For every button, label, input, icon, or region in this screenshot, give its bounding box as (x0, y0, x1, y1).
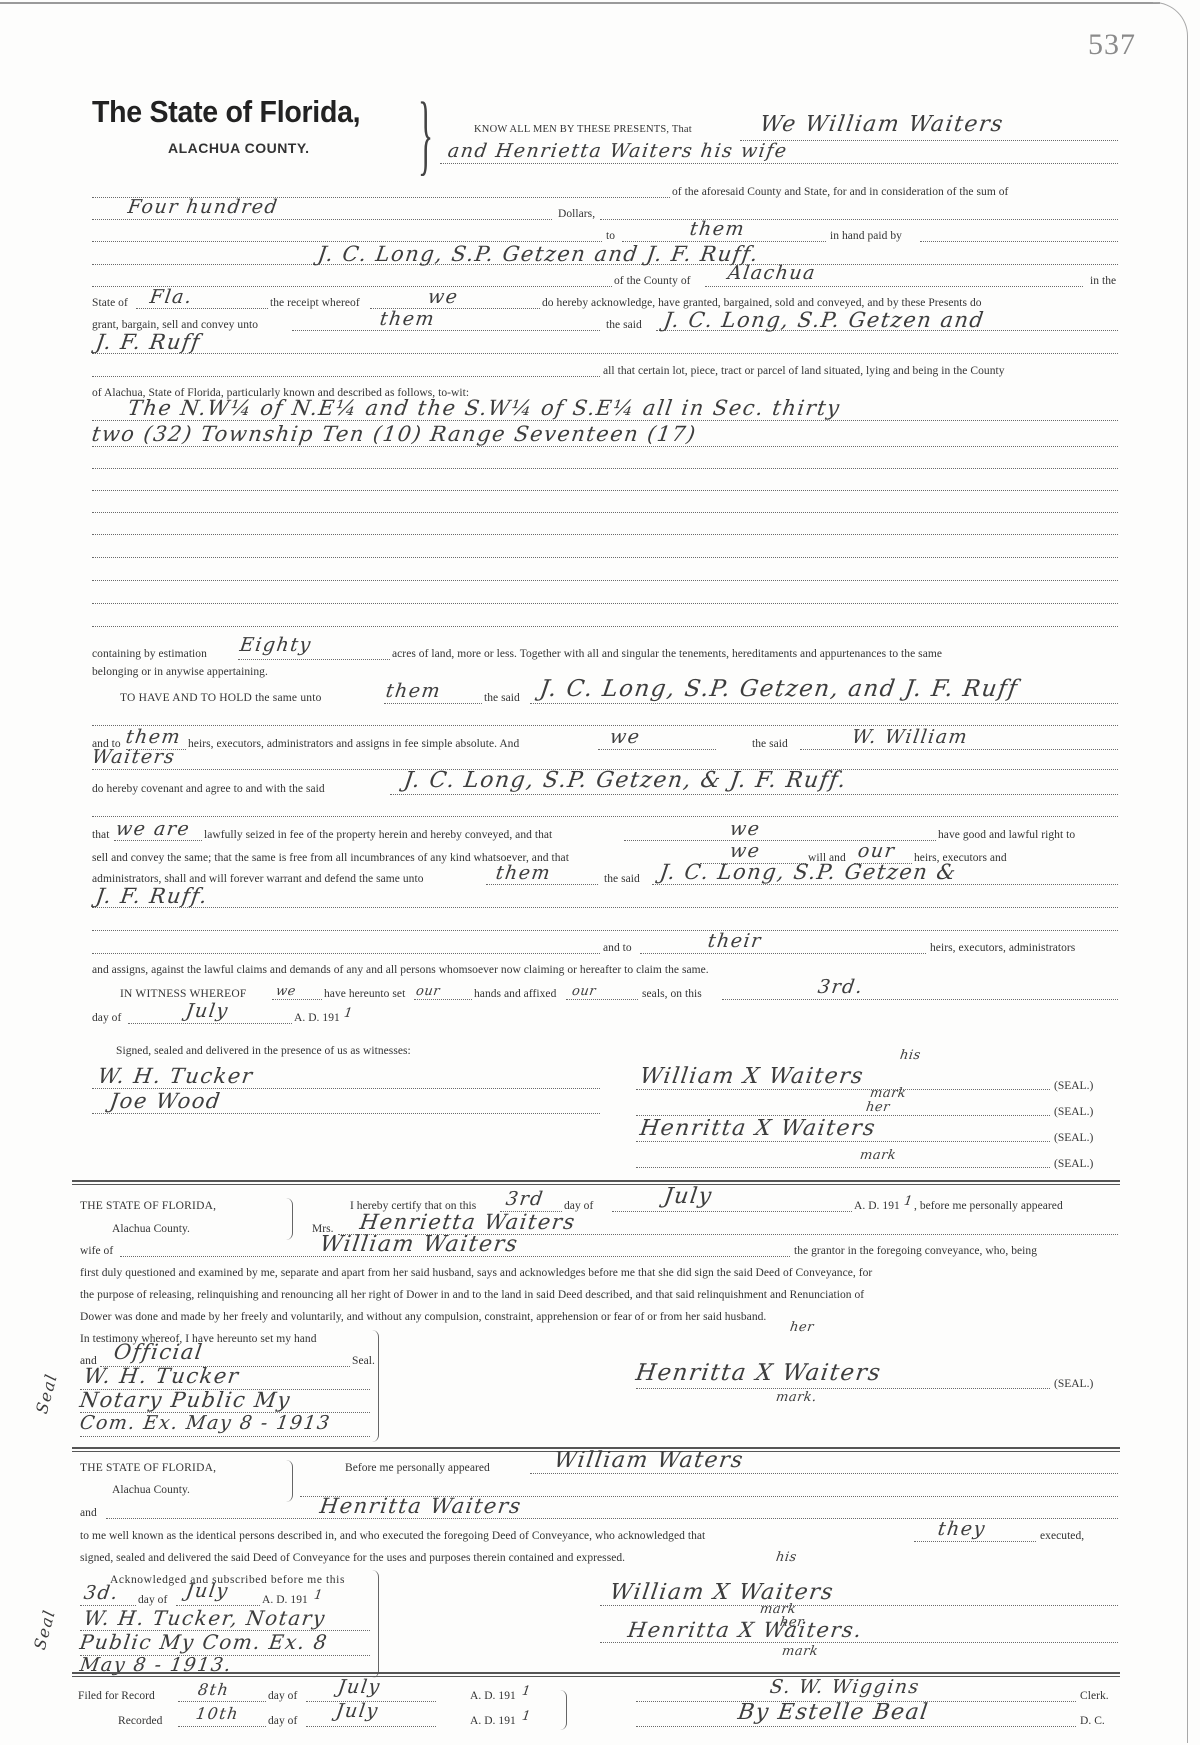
state-title: The State of Florida, (92, 94, 360, 130)
dower-state: THE STATE OF FLORIDA, (80, 1200, 216, 1212)
witness-2: Joe Wood (108, 1089, 222, 1113)
header-brace: } (418, 90, 433, 180)
page-number: 537 (1088, 28, 1136, 62)
page-edge-top (0, 2, 1160, 4)
page-edge-right (1153, 2, 1188, 1743)
witness-1: W. H. Tucker (96, 1064, 255, 1088)
know-all-men: KNOW ALL MEN BY THESE PRESENTS, That (474, 124, 692, 135)
notary-seal-mark: Seal (30, 1607, 59, 1652)
grantees-names: J. C. Long, S.P. Getzen and J. F. Ruff. (316, 242, 760, 266)
deed-page: 537 The State of Florida, ALACHUA COUNTY… (0, 0, 1200, 1745)
signature-henrietta: Henritta X Waiters (638, 1116, 877, 1141)
ack-state: THE STATE OF FLORIDA, (80, 1462, 216, 1474)
ack-signature-henrietta: Henritta X Waiters. (626, 1618, 864, 1642)
section-divider (72, 1180, 1120, 1182)
county-title: ALACHUA COUNTY. (168, 140, 310, 156)
ack-signature-william: William X Waiters (608, 1580, 836, 1605)
land-description-1: The N.W¼ of N.E¼ and the S.W¼ of S.E¼ al… (126, 396, 842, 420)
land-description-2: two (32) Township Ten (10) Range Sevente… (90, 422, 698, 446)
deputy-clerk-signature: By Estelle Beal (736, 1700, 930, 1725)
grantors-line2: and Henrietta Waiters his wife (446, 140, 789, 162)
notary-seal-mark: Seal (32, 1371, 61, 1416)
sum-value: Four hundred (126, 196, 279, 218)
section-divider (72, 1672, 1120, 1674)
clerk-signature: S. W. Wiggins (768, 1676, 921, 1698)
signature-william: William X Waiters (638, 1064, 866, 1089)
dower-signature: Henritta X Waiters (634, 1360, 883, 1386)
grantors-line1: We William Waiters (758, 112, 1005, 137)
